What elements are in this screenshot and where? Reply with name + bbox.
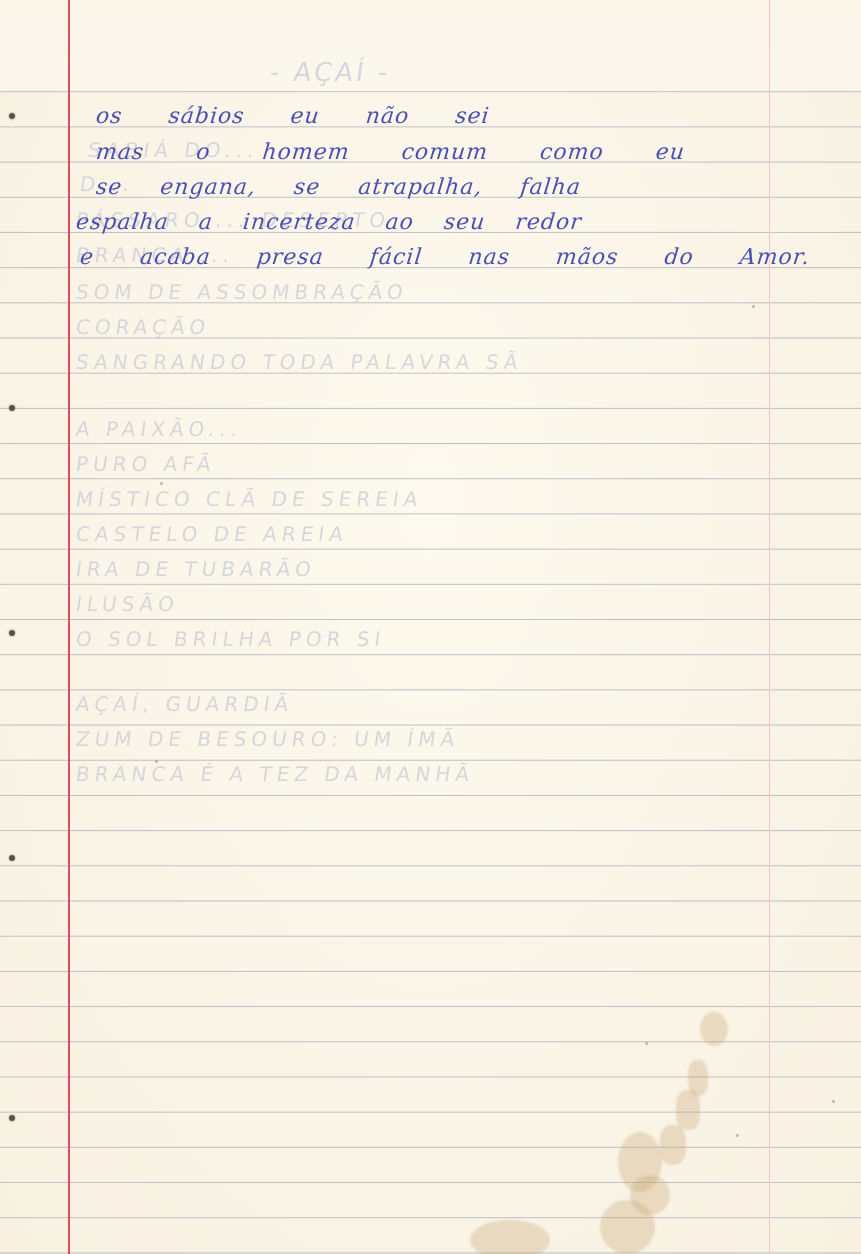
handwriting-line: se engana, se atrapalha, falha xyxy=(95,175,583,200)
handwriting-line: e acaba presa fácil nas mãos do Amor. xyxy=(79,245,812,270)
bleed-title: - Açaí - xyxy=(268,58,392,88)
bleed-line: Zum de besouro: um ímã xyxy=(74,727,461,751)
bleed-line: Som de assombração xyxy=(74,280,409,304)
left-margin-line xyxy=(68,0,70,1254)
bleed-line: A paixão... xyxy=(74,417,244,441)
punch-hole-icon xyxy=(9,113,15,119)
bleed-line: Sangrando toda palavra sã xyxy=(74,350,524,374)
bleed-line: Açaí, guardiã xyxy=(74,692,295,716)
handwriting-line: mas o homem comum como eu xyxy=(95,140,687,165)
bleed-line: Ilusão xyxy=(74,592,180,616)
bleed-line: O sol brilha por si xyxy=(74,627,387,651)
punch-hole-icon xyxy=(9,855,15,861)
punch-hole-icon xyxy=(9,1115,15,1121)
right-margin-line xyxy=(769,0,770,1254)
punch-hole-icon xyxy=(9,405,15,411)
bleed-line: Branca é a tez da manhã xyxy=(74,762,475,786)
bleed-line: Coração xyxy=(74,315,212,339)
punch-hole-icon xyxy=(9,630,15,636)
bleed-line: Místico clã de sereia xyxy=(74,487,424,511)
handwriting-line: espalha a incerteza ao seu redor xyxy=(75,210,583,235)
bleed-line: Puro afã xyxy=(74,452,217,476)
header-space xyxy=(0,0,861,90)
bleed-line: Castelo de areia xyxy=(74,522,349,546)
bleed-line: Ira de tubarão xyxy=(74,557,317,581)
handwriting-line: os sábios eu não sei xyxy=(95,104,491,129)
